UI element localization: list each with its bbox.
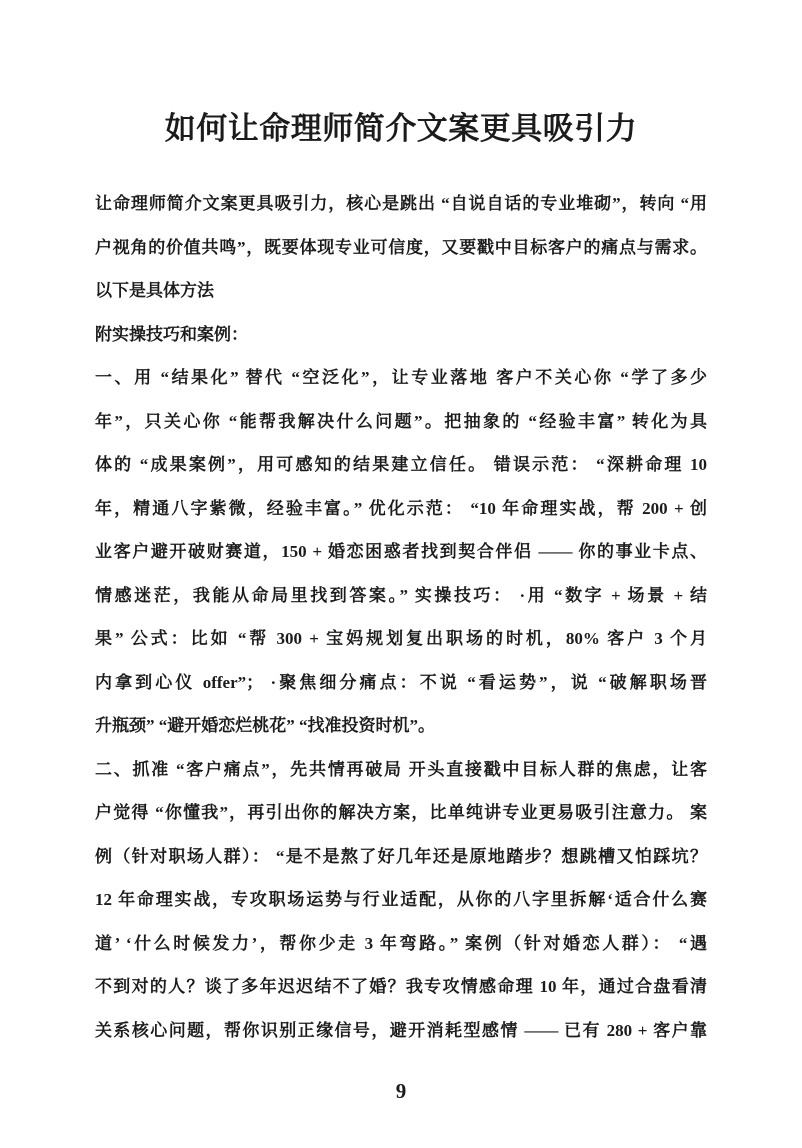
text-line: 户觉得 “你懂我”，再引出你的解决方案，比单纯讲专业更易吸引注意力。 案: [95, 791, 707, 835]
text-line: 升瓶颈” “避开婚恋烂桃花” “找准投资时机”。: [95, 704, 707, 748]
text-line: 内拿到心仪 offer”； ·聚焦细分痛点：不说 “看运势”，说 “破解职场晋: [95, 661, 707, 705]
text-body: 让命理师简介文案更具吸引力，核心是跳出 “自说自话的专业堆砌”，转向 “用户视角…: [95, 182, 707, 1052]
text-line: 关系核心问题，帮你识别正缘信号，避开消耗型感情 —— 已有 280 + 客户靠: [95, 1009, 707, 1053]
text-line: 业客户避开破财赛道，150 + 婚恋困惑者找到契合伴侣 —— 你的事业卡点、: [95, 530, 707, 574]
text-line: 附实操技巧和案例：: [95, 313, 707, 357]
text-line: 不到对的人？谈了多年迟迟结不了婚？我专攻情感命理 10 年，通过合盘看清: [95, 965, 707, 1009]
text-line: 年，精通八字紫微，经验丰富。” 优化示范： “10 年命理实战，帮 200 + …: [95, 487, 707, 531]
text-line: 12 年命理实战，专攻职场运势与行业适配，从你的八字里拆解‘适合什么赛: [95, 878, 707, 922]
text-line: 一、用 “结果化” 替代 “空泛化”，让专业落地 客户不关心你 “学了多少: [95, 356, 707, 400]
text-line: 果” 公式：比如 “帮 300 + 宝妈规划复出职场的时机，80% 客户 3 个…: [95, 617, 707, 661]
text-line: 户视角的价值共鸣”，既要体现专业可信度，又要戳中目标客户的痛点与需求。: [95, 226, 707, 270]
document-title: 如何让命理师简介文案更具吸引力: [0, 103, 802, 148]
text-line: 体的 “成果案例”，用可感知的结果建立信任。 错误示范： “深耕命理 10: [95, 443, 707, 487]
text-line: 年”，只关心你 “能帮我解决什么问题”。把抽象的 “经验丰富” 转化为具: [95, 400, 707, 444]
text-line: 情感迷茫，我能从命局里找到答案。” 实操技巧： ·用 “数字 + 场景 + 结: [95, 574, 707, 618]
text-line: 让命理师简介文案更具吸引力，核心是跳出 “自说自话的专业堆砌”，转向 “用: [95, 182, 707, 226]
text-line: 以下是具体方法: [95, 269, 707, 313]
text-line: 二、抓准 “客户痛点”，先共情再破局 开头直接戳中目标人群的焦虑，让客: [95, 748, 707, 792]
text-line: 例（针对职场人群）： “是不是熬了好几年还是原地踏步？想跳槽又怕踩坑？: [95, 835, 707, 879]
document-page: 如何让命理师简介文案更具吸引力 让命理师简介文案更具吸引力，核心是跳出 “自说自…: [0, 0, 802, 1148]
page-number: 9: [0, 1079, 802, 1104]
text-line: 道’ ‘什么时候发力’，帮你少走 3 年弯路。” 案例（针对婚恋人群）： “遇: [95, 922, 707, 966]
